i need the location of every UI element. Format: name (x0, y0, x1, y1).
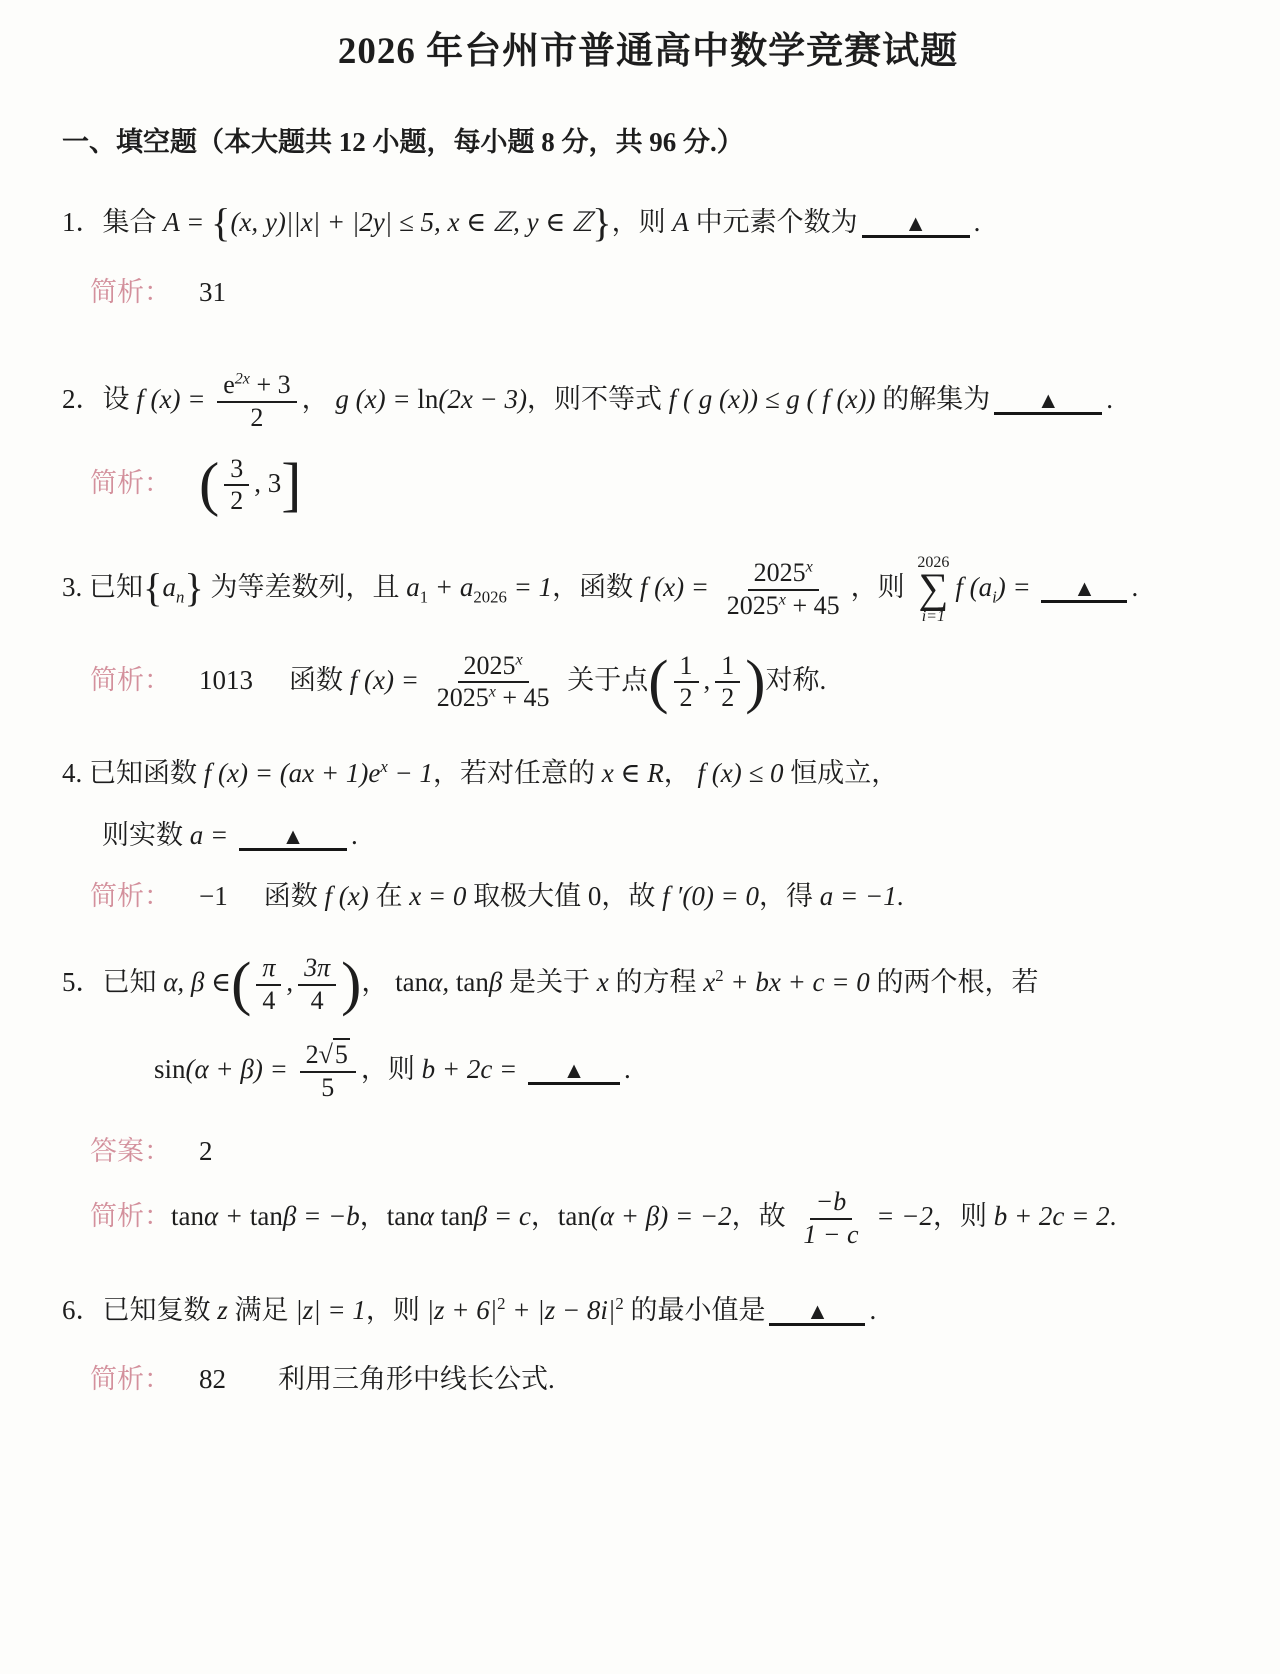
superscript: 2x (235, 371, 250, 388)
problem-text: ，则不等式 (527, 384, 669, 414)
problem-text: ， (664, 758, 698, 788)
analysis-text: ，故 (732, 1201, 793, 1231)
analysis-text: . (897, 881, 904, 911)
sigma-icon: ∑ (918, 571, 948, 609)
problem-4-statement-line2: 则实数 a = ▲. (62, 818, 1234, 854)
function-name: tan (456, 967, 489, 997)
math-expression: f (x) (324, 881, 368, 911)
problem-text: ， (361, 967, 395, 997)
analysis-text: 关于点 (561, 665, 649, 695)
fraction-denominator: 2025x + 45 (431, 683, 556, 714)
fraction-denominator: 1 − c (797, 1220, 864, 1251)
fraction: 12 (674, 651, 699, 714)
analysis-text: ， (531, 1201, 558, 1231)
left-paren: ( (231, 951, 251, 1018)
problem-number: 4. (62, 758, 89, 788)
fraction: π4 (256, 953, 281, 1016)
problem-6-analysis: 简析：82利用三角形中线长公式. (62, 1362, 1234, 1398)
subscript: 1 (420, 587, 428, 606)
math-expression: β (489, 967, 502, 997)
superscript: 2 (615, 1294, 623, 1313)
math-expression: a (162, 572, 176, 602)
fraction-denominator: 2 (244, 403, 269, 434)
math-expression: f (x) = (350, 665, 426, 695)
fraction-denominator: 2 (224, 486, 249, 517)
triangle-marker: ▲ (1073, 576, 1096, 601)
section-heading: 一、填空题（本大题共 12 小题，每小题 8 分，共 96 分.） (62, 120, 1234, 159)
math-expression: a = (190, 820, 235, 850)
math-expression: 2025 (727, 591, 779, 620)
math-expression: x = 0 (409, 881, 466, 911)
problem-text: . (1131, 572, 1138, 602)
fraction-denominator: 2 (674, 683, 699, 714)
fraction: e2x + 32 (217, 370, 296, 433)
radical-icon: √ (319, 1040, 333, 1069)
analysis-label: 简析： (90, 467, 171, 497)
problem-2-analysis: 简析：(32, 3] (62, 452, 1234, 519)
problem-text: ，则 (366, 1295, 427, 1325)
right-paren: ) (745, 648, 765, 715)
left-brace: { (211, 200, 230, 245)
problem-text: 已知复数 (103, 1295, 218, 1325)
problem-number: 5． (62, 967, 103, 997)
problem-text: 已知函数 (89, 758, 204, 788)
fraction-numerator: 3 (224, 454, 249, 487)
problem-number: 6． (62, 1295, 103, 1325)
problem-2-statement: 2．设 f (x) = e2x + 32， g (x) = ln(2x − 3)… (62, 368, 1234, 435)
problem-text: 中元素个数为 (689, 207, 858, 237)
math-expression: ) = (997, 572, 1038, 602)
function-name: tan (558, 1201, 591, 1231)
math-expression: , 3 (254, 467, 281, 497)
math-expression: z (217, 1295, 228, 1325)
function-name: tan (171, 1201, 204, 1231)
problem-text: 已知 (89, 572, 143, 602)
math-expression: α + (204, 1201, 250, 1231)
math-expression: x (703, 967, 715, 997)
problem-text: 为等差数列，且 (204, 572, 407, 602)
fraction-denominator: 4 (305, 986, 330, 1017)
problem-text: ，函数 (552, 572, 640, 602)
right-paren: ) (341, 951, 361, 1018)
problem-number: 1． (62, 207, 103, 237)
problem-4-statement: 4. 已知函数 f (x) = (ax + 1)ex − 1，若对任意的 x ∈… (62, 756, 1234, 792)
problem-text: . (351, 820, 358, 850)
math-expression: 2025 (437, 683, 489, 712)
fraction: 2025x2025x + 45 (721, 558, 846, 621)
fraction-numerator: 3π (298, 953, 336, 986)
fraction-denominator: 5 (315, 1073, 340, 1104)
math-expression: = −2 (870, 1201, 933, 1231)
fraction: 3π4 (298, 953, 336, 1016)
math-expression: α, (428, 967, 456, 997)
answer-blank: ▲ (862, 210, 970, 238)
problem-number: 2． (62, 384, 103, 414)
fraction: 2025x2025x + 45 (431, 651, 556, 714)
radicand: 5 (333, 1038, 350, 1069)
problem-3-analysis: 简析：1013函数 f (x) = 2025x2025x + 45 关于点(12… (62, 649, 1234, 716)
superscript: 2 (715, 966, 723, 985)
math-expression: f (x) = (136, 384, 212, 414)
math-expression: β = c (474, 1201, 531, 1231)
math-expression: (α + β) = −2 (591, 1201, 732, 1231)
problem-5-answer: 答案：2 (62, 1134, 1234, 1170)
problem-text: . (624, 1054, 631, 1084)
function-name: sin (154, 1054, 186, 1084)
math-expression: 2025 (754, 558, 806, 587)
math-expression: 2 (306, 1040, 319, 1069)
analysis-label: 简析： (90, 1364, 171, 1394)
math-expression: (2x − 3) (438, 384, 527, 414)
function-name: tan (441, 1201, 474, 1231)
triangle-marker: ▲ (563, 1058, 586, 1083)
analysis-value: 82 (199, 1364, 226, 1394)
problem-text: ， (302, 384, 336, 414)
problem-text: ，若对任意的 (433, 758, 602, 788)
fraction-numerator: e2x + 3 (217, 370, 296, 403)
fraction: 12 (715, 651, 740, 714)
triangle-marker: ▲ (806, 1299, 829, 1324)
fraction-numerator: π (256, 953, 281, 986)
left-brace: { (143, 565, 162, 610)
analysis-text: 函数 (264, 881, 325, 911)
math-expression: f ′(0) = 0 (662, 881, 759, 911)
analysis-text: ，则 (933, 1201, 994, 1231)
analysis-value: −1 (199, 881, 228, 911)
answer-blank: ▲ (1041, 575, 1127, 603)
analysis-label: 简析： (90, 1201, 171, 1231)
math-expression: |z + 6| (427, 1295, 498, 1325)
superscript: x (516, 651, 523, 668)
math-expression: x (597, 967, 609, 997)
analysis-text: 函数 (289, 665, 350, 695)
superscript: x (779, 591, 786, 608)
function-name: ln (417, 384, 438, 414)
fraction-numerator: 2√5 (300, 1040, 356, 1073)
right-brace: } (592, 200, 611, 245)
problem-text: 恒成立， (784, 758, 899, 788)
math-expression: a = −1 (820, 881, 897, 911)
summation: 2026∑i=1 (917, 555, 949, 625)
math-expression: x ∈ R (602, 758, 664, 788)
problem-text: 的两个根，若 (870, 967, 1039, 997)
triangle-marker: ▲ (282, 824, 305, 849)
superscript: x (806, 559, 813, 576)
superscript: x (489, 684, 496, 701)
exam-document: 2026 年台州市普通高中数学竞赛试题 一、填空题（本大题共 12 小题，每小题… (0, 0, 1280, 1674)
problem-1-analysis: 简析：31 (62, 275, 1234, 311)
math-expression: , (704, 665, 711, 695)
answer-blank: ▲ (528, 1057, 620, 1085)
right-brace: } (184, 565, 203, 610)
sum-lower-limit: i=1 (922, 609, 945, 625)
fraction-denominator: 4 (256, 986, 281, 1017)
analysis-label: 简析： (90, 665, 171, 695)
math-expression: b + 2c = (422, 1054, 524, 1084)
math-expression: + 45 (786, 591, 840, 620)
left-paren: ( (648, 648, 668, 715)
problem-text: 的方程 (609, 967, 704, 997)
math-expression: A = (163, 207, 211, 237)
function-name: tan (250, 1201, 283, 1231)
math-expression: (x, y)||x| + |2y| ≤ 5, x ∈ ℤ, y ∈ ℤ (230, 207, 592, 237)
analysis-text: ， (360, 1201, 387, 1231)
fraction-numerator: 1 (674, 651, 699, 684)
math-expression: + a (428, 572, 473, 602)
superscript: x (380, 757, 387, 776)
analysis-value: 31 (199, 277, 226, 307)
math-expression: f (x) = (640, 572, 716, 602)
math-expression: α (420, 1201, 441, 1231)
math-expression: + bx + c = 0 (724, 967, 870, 997)
problem-text: ，则 (361, 1054, 422, 1084)
fraction-numerator: 2025x (748, 558, 819, 591)
fraction-denominator: 2 (715, 683, 740, 714)
problem-text: . (1106, 384, 1113, 414)
answer-value: 2 (199, 1136, 213, 1166)
problem-text: . (869, 1295, 876, 1325)
problem-4-analysis: 简析：−1函数 f (x) 在 x = 0 取极大值 0，故 f ′(0) = … (62, 879, 1234, 915)
solution-note: 利用三角形中线长公式. (278, 1364, 555, 1394)
fraction-numerator: −b (810, 1187, 853, 1220)
problem-text: 设 (103, 384, 137, 414)
math-expression: f (x) ≤ 0 (698, 758, 784, 788)
analysis-text: 在 (369, 881, 410, 911)
fraction-numerator: 2025x (458, 651, 529, 684)
fraction: −b1 − c (797, 1187, 864, 1250)
problem-text: 已知 (103, 967, 164, 997)
problem-text: 是关于 (502, 967, 597, 997)
math-expression: f (x) = (ax + 1)e (204, 758, 381, 788)
answer-blank: ▲ (239, 823, 347, 851)
math-expression: α, β ∈ (163, 967, 231, 997)
analysis-label: 简析： (90, 881, 171, 911)
analysis-text: ，得 (759, 881, 820, 911)
math-expression: 2025 (464, 651, 516, 680)
superscript: 2 (497, 1294, 505, 1313)
answer-blank: ▲ (769, 1298, 865, 1326)
function-name: tan (387, 1201, 420, 1231)
math-expression: b + 2c = 2 (994, 1201, 1110, 1231)
fraction-numerator: 1 (715, 651, 740, 684)
math-expression: f ( g (x)) ≤ g ( f (x)) (669, 384, 876, 414)
math-expression: β = −b (283, 1201, 360, 1231)
right-bracket: ] (281, 451, 301, 518)
problem-text: ，则 (851, 572, 912, 602)
analysis-value: 1013 (199, 665, 253, 695)
problem-number: 3. (62, 572, 89, 602)
problem-text: 则实数 (102, 820, 190, 850)
fraction: 2√55 (300, 1040, 356, 1103)
answer-blank: ▲ (994, 387, 1102, 415)
math-expression: |z| = 1 (295, 1295, 366, 1325)
left-paren: ( (199, 451, 219, 518)
problem-text: 满足 (228, 1295, 296, 1325)
problem-5-statement-line2: sin(α + β) = 2√55，则 b + 2c = ▲. (62, 1038, 1234, 1105)
math-expression: (α + β) = (186, 1054, 295, 1084)
analysis-text: 取极大值 0，故 (466, 881, 662, 911)
math-expression: e (223, 370, 235, 399)
problem-text: 集合 (103, 207, 164, 237)
problem-text: 的解集为 (875, 384, 990, 414)
triangle-marker: ▲ (1037, 388, 1060, 413)
math-expression: = 1 (507, 572, 552, 602)
page-title: 2026 年台州市普通高中数学竞赛试题 (62, 20, 1234, 74)
fraction: 32 (224, 454, 249, 517)
problem-5-analysis: 简析：tanα + tanβ = −b，tanα tanβ = c，tan(α … (62, 1185, 1234, 1252)
problem-1-statement: 1．集合 A = {(x, y)||x| + |2y| ≤ 5, x ∈ ℤ, … (62, 205, 1234, 241)
problem-3-statement: 3. 已知{an} 为等差数列，且 a1 + a2026 = 1，函数 f (x… (62, 555, 1234, 625)
problem-text: ，则 (612, 207, 673, 237)
problem-5-statement: 5．已知 α, β ∈(π4,3π4)， tanα, tanβ 是关于 x 的方… (62, 951, 1234, 1018)
math-expression: a (406, 572, 420, 602)
math-expression: A (672, 207, 689, 237)
math-expression: + 3 (250, 370, 291, 399)
analysis-label: 简析： (90, 277, 171, 307)
math-expression: g (x) = (335, 384, 417, 414)
math-expression: , (286, 967, 293, 997)
problem-6-statement: 6．已知复数 z 满足 |z| = 1，则 |z + 6|2 + |z − 8i… (62, 1293, 1234, 1329)
function-name: tan (395, 967, 428, 997)
math-expression: f (a (955, 572, 992, 602)
analysis-text: 对称. (765, 665, 826, 695)
math-expression: + |z − 8i| (506, 1295, 616, 1325)
problem-text: 的最小值是 (624, 1295, 766, 1325)
analysis-text: . (1110, 1201, 1117, 1231)
math-expression: − 1 (388, 758, 433, 788)
answer-label: 答案： (90, 1136, 171, 1166)
triangle-marker: ▲ (904, 211, 927, 236)
problem-text: . (974, 207, 981, 237)
fraction-denominator: 2025x + 45 (721, 591, 846, 622)
math-expression: + 45 (496, 683, 550, 712)
subscript: 2026 (473, 587, 506, 606)
